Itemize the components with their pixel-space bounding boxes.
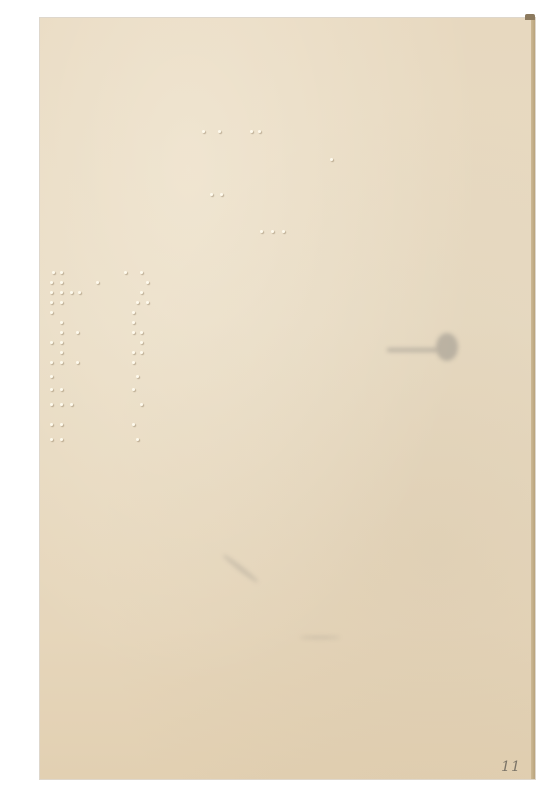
scanned-page: 11 [40, 18, 535, 779]
pencil-stroke [300, 636, 340, 639]
pencil-smudge [436, 333, 458, 361]
pencil-stroke [221, 553, 260, 585]
pencil-stroke [387, 348, 437, 352]
page-number: 11 [501, 759, 521, 775]
page-corner-tab [525, 14, 535, 20]
page-edge [531, 18, 535, 779]
